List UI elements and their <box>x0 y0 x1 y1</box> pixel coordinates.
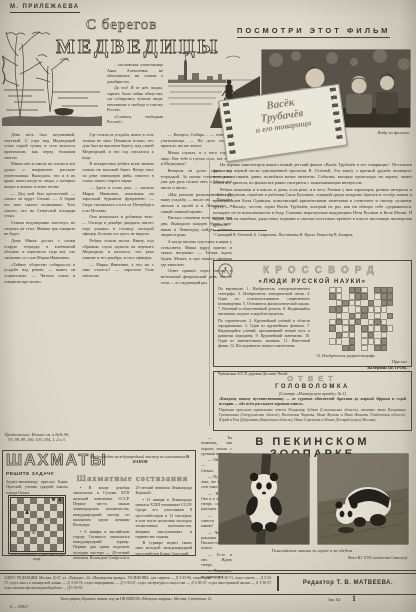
text-paragraph: На экраны кинотеатров вышел новый детски… <box>213 162 412 186</box>
chess-section-box: ШАХМАТЫ Отдел ведёт международный мастер… <box>2 450 196 556</box>
zoo-caption: Гималайские мишки за игрой и за обедом. <box>213 548 412 553</box>
text-paragraph: Ребята стояли молча. Внизу, под обрывом,… <box>82 238 153 261</box>
chess-square <box>24 518 31 525</box>
chess-square <box>24 537 31 544</box>
chess-square <box>11 498 18 505</box>
chess-square <box>57 544 64 551</box>
chess-square <box>57 511 64 518</box>
chess-square <box>17 504 24 511</box>
laurel-emblem-icon <box>218 263 233 278</box>
chess-square <box>50 524 57 531</box>
text-paragraph: В воскресенье ребята всем звеном пошли н… <box>82 161 153 184</box>
chess-square <box>50 531 57 538</box>
chess-square <box>17 518 24 525</box>
chess-square <box>37 537 44 544</box>
chess-credit-text: Отдел ведёт международный мастер по шахм… <box>90 454 185 459</box>
riverbank-trees-drawing <box>2 26 102 126</box>
chess-square: ♕ <box>37 518 44 525</box>
panda-photo-eating <box>318 454 408 544</box>
text-paragraph: День весь был затуманный, смутный. С утр… <box>4 132 75 160</box>
chess-square <box>24 531 31 538</box>
chess-square <box>37 531 44 538</box>
chess-square <box>57 531 64 538</box>
film-strip-title: Васёк Трубачёв и его товарищи <box>234 92 330 137</box>
chess-competitions-text: • В конце декабря закончился в Сухуми XV… <box>73 485 192 560</box>
chess-square: ♝ <box>57 498 64 505</box>
chess-square <box>11 511 18 518</box>
text-paragraph: Сенька недоверчиво свистнул, но спорить … <box>4 220 75 237</box>
panda-photo-playing <box>219 454 309 544</box>
chess-square <box>24 498 31 505</box>
chess-square: ♘ <box>44 518 51 525</box>
puzzle-solvers: Первыми прислали правильные ответы Влади… <box>219 408 406 423</box>
chess-square <box>17 511 24 518</box>
page-number: 1 <box>352 594 356 603</box>
chess-square <box>11 531 18 538</box>
text-paragraph: — Марья Ивановна, а что же с ним сталось… <box>82 262 153 279</box>
text-paragraph: — Каторга, Сибирь… — ответила учительниц… <box>161 132 232 149</box>
chess-square <box>11 518 18 525</box>
chess-task-column: РЕШИТЕ ЗАДАЧУ Задачу-миниатюру прислал Б… <box>6 472 68 562</box>
chess-square: ♟ <box>24 511 31 518</box>
chess-square <box>44 498 51 505</box>
crossword-horizontal-clues: По горизонтали: 2. Крупнейший учёный в о… <box>218 319 310 349</box>
puzzle-solution: «Каждому юному путешественнику — от суро… <box>219 397 406 407</box>
riverbank-trees-illustration <box>2 26 102 126</box>
chess-square <box>30 537 37 544</box>
chess-square <box>37 498 44 505</box>
chess-square <box>50 504 57 511</box>
chess-square <box>44 537 51 544</box>
film-footnote: ¹ Сценарий В. Осеевой, Б. Старшины. Пост… <box>213 232 412 237</box>
chess-square: ♔ <box>30 531 37 538</box>
chess-square <box>17 531 24 538</box>
chess-square <box>44 504 51 511</box>
text-paragraph: …московская учительница Анна Алексеевна,… <box>107 62 163 84</box>
crossword-sender-name: Валериан ПЕТРОВ. <box>367 365 407 370</box>
crossword-clues: По вертикали: 1. Изобретатель электромаг… <box>218 287 310 371</box>
footer-address-block: АДРЕС РЕДАКЦИИ: Москва, Д-47, ул. «Правд… <box>4 576 272 591</box>
text-paragraph: — Здесь и стоял дом, — сказала Марья Ива… <box>82 185 153 213</box>
crossword-grid-area: 13. Изобретатель радиотелеграфа. Прислал… <box>316 287 407 371</box>
film-section-header: ПОСМОТРИ ЭТОТ ФИЛЬМ <box>237 26 390 38</box>
chess-competitions-title: Шахматные состязания <box>73 473 192 483</box>
text-paragraph: • В конце декабря закончился в Сухуми XV… <box>73 485 130 528</box>
text-paragraph: Да что! И от неё, видно, скрыта была тай… <box>107 85 163 113</box>
chess-credit: Отдел ведёт международный мастер по шахм… <box>89 454 191 465</box>
chess-competitions-column: Шахматные состязания • В конце декабря з… <box>73 472 192 562</box>
text-paragraph: «Славься, свободная Россия!» <box>107 114 163 125</box>
text-paragraph: Дома Миша достал с полки старую тетрадку… <box>4 238 75 261</box>
story-lead-column: …московская учительница Анна Алексеевна,… <box>107 62 163 126</box>
footer-separator <box>277 576 279 591</box>
text-paragraph: — Дед мой был крепостной, — сказал он вд… <box>4 191 75 219</box>
chess-square <box>44 544 51 551</box>
crossword-cell <box>393 345 399 351</box>
crossword-clue-13: 13. Изобретатель радиотелеграфа. <box>316 353 407 358</box>
film-review-text: На экраны кинотеатров вышел новый детски… <box>213 162 412 237</box>
chess-square <box>30 544 37 551</box>
chess-square <box>17 524 24 531</box>
crossword-body: По вертикали: 1. Изобретатель электромаг… <box>218 287 407 371</box>
footer-editor: Редактор Т. В. МАТВЕЕВА. <box>284 576 412 591</box>
story-author-byline: М. ПРИЛЕЖАЕВА <box>10 4 80 13</box>
crossword-sender: Прислал Валериан ПЕТРОВ. <box>316 359 407 370</box>
text-paragraph: В турнире играет также наш молодой между… <box>136 540 193 556</box>
chess-square <box>30 498 37 505</box>
zoo-photo-credit: Фото Ю. ХУА (агентство Синьхуа). <box>213 555 408 560</box>
footnote-rule <box>213 230 267 231</box>
chess-square <box>30 511 37 518</box>
chess-square <box>11 537 18 544</box>
chess-square <box>50 537 57 544</box>
chess-square <box>50 518 57 525</box>
chess-square <box>11 544 18 551</box>
answer-header: ОТВЕТ <box>219 374 406 383</box>
chessboard-diagram: ♚♝♟♕♘♔ <box>10 497 65 552</box>
chess-square <box>50 511 57 518</box>
column-divider-rule <box>209 160 210 426</box>
crossword-grid <box>323 287 400 351</box>
chess-square <box>24 524 31 531</box>
chess-content-row: РЕШИТЕ ЗАДАЧУ Задачу-миниатюру прислал Б… <box>6 472 192 562</box>
chess-square <box>17 544 24 551</box>
footer-rule-top2 <box>0 573 416 574</box>
chess-square <box>37 524 44 531</box>
story-text-columns: День весь был затуманный, смутный. С утр… <box>4 132 232 428</box>
chess-square <box>37 544 44 551</box>
crossword-vertical-clues: По вертикали: 1. Изобретатель электромаг… <box>218 287 310 317</box>
crossword-title: «ЛЮДИ РУССКОЙ НАУКИ» <box>218 279 407 285</box>
chess-square <box>11 504 18 511</box>
chess-square <box>11 524 18 531</box>
text-paragraph: Ребята показаны и в школе, и дома, и на … <box>213 187 412 228</box>
chess-square <box>30 518 37 525</box>
puzzle-reference: (Смотри «Пионерскую правду» № 1) <box>219 391 406 396</box>
crossword-header: КРОССВОРД <box>236 265 407 276</box>
text-paragraph: Где стояла та усадьба, никто в селе толк… <box>82 132 153 160</box>
newspaper-page: М. ПРИЛЕЖАЕВА С берегов МЕДВЕДИЦЫ …моско… <box>0 0 416 612</box>
footer-address: АДРЕС РЕДАКЦИИ: Москва, Д-47, ул. «Правд… <box>4 576 127 580</box>
film-review-paragraphs: На экраны кинотеатров вышел новый детски… <box>213 162 412 228</box>
crossword-box: КРОССВОРД «ЛЮДИ РУССКОЙ НАУКИ» По вертик… <box>213 260 412 367</box>
footer-rule-top <box>0 570 416 571</box>
chess-square <box>57 504 64 511</box>
story-continuation-note: Продолжение. Начало см. в №№ 96, 97, 98,… <box>4 432 70 443</box>
chess-task-title: РЕШИТЕ ЗАДАЧУ <box>6 472 68 478</box>
text-paragraph: Она помолчала и добавила тихо: — Отсюда … <box>82 214 153 237</box>
footer-main-row: АДРЕС РЕДАКЦИИ: Москва, Д-47, ул. «Правд… <box>4 576 412 591</box>
chess-square <box>37 504 44 511</box>
film-photo-caption: Кадр из фильма. <box>322 130 410 135</box>
chess-square <box>50 544 57 551</box>
text-paragraph: • 11 января в Ленинграде начался XXIII ч… <box>136 497 193 540</box>
chess-square <box>57 537 64 544</box>
text-paragraph: Миша шёл в школу не спеша и всё думал о … <box>4 161 75 189</box>
chess-square <box>57 518 64 525</box>
chess-square <box>24 544 31 551</box>
chess-square <box>44 524 51 531</box>
crossword-header-row: КРОССВОРД <box>218 263 407 278</box>
chessboard-caption: Белые начинают и дают мат в два хода. <box>6 553 68 563</box>
footer-printer: Типография «Красное знамя» изд-ва ЦК ВЛК… <box>60 597 310 601</box>
answer-box: ОТВЕТ ГОЛОВОЛОМКА (Смотри «Пионерскую пр… <box>213 371 412 431</box>
puzzle-title: ГОЛОВОЛОМКА <box>219 384 406 390</box>
text-paragraph: «Тайное общество собиралось в усадьбе на… <box>4 262 75 285</box>
footer-order-number: Зак. 62. <box>328 597 341 602</box>
chess-task-text: Задачу-миниатюру прислал Борис Протчий, … <box>6 479 68 495</box>
footer-index-code: Б — 00827. <box>10 604 29 609</box>
chess-square <box>17 537 24 544</box>
panda-playing-drawing <box>219 454 309 544</box>
chess-square: ♚ <box>50 498 57 505</box>
chess-square <box>57 524 64 531</box>
panda-eating-drawing <box>318 454 408 544</box>
chess-square <box>30 504 37 511</box>
chess-square <box>17 498 24 505</box>
chess-square <box>44 531 51 538</box>
